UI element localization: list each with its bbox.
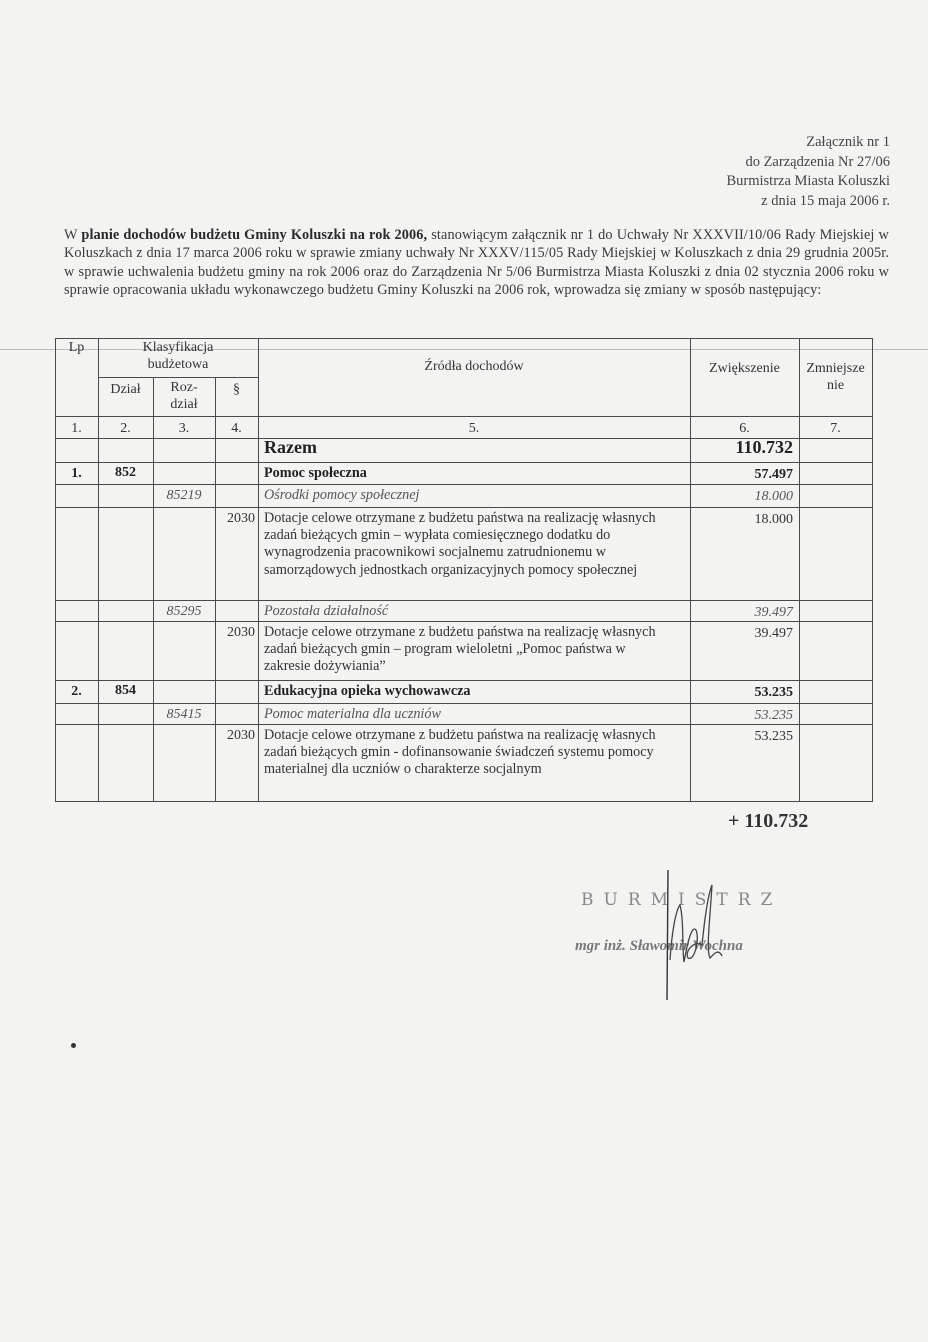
- grid-line: [55, 462, 873, 463]
- header-lp: Lp: [55, 339, 98, 356]
- intro-bold: planie dochodów budżetu Gminy Koluszki n…: [81, 227, 427, 243]
- attachment-header: Załącznik nr 1 do Zarządzenia Nr 27/06 B…: [726, 133, 890, 211]
- grid-line: [55, 600, 873, 601]
- column-number: 7.: [799, 420, 872, 437]
- grand-total: + 110.732: [728, 810, 808, 833]
- intro-paragraph: W planie dochodów budżetu Gminy Koluszki…: [64, 226, 889, 300]
- row-description: Edukacyjna opieka wychowawcza: [258, 683, 672, 700]
- row-description: Pomoc społeczna: [258, 465, 672, 482]
- row-increase: 53.235: [690, 707, 799, 724]
- column-number: 2.: [98, 420, 153, 437]
- row-increase: 57.497: [690, 466, 799, 483]
- header-dzial: Dział: [98, 381, 153, 398]
- grid-line: [98, 338, 99, 802]
- grid-line: [55, 338, 56, 802]
- row-increase: 53.235: [690, 728, 799, 745]
- row-description: Dotacje celowe otrzymane z budżetu państ…: [258, 624, 672, 676]
- header-zmniejszenie: Zmniejsze nie: [799, 360, 872, 394]
- header-klasyfikacja: Klasyfikacjabudżetowa: [98, 339, 258, 373]
- revenue-changes-table: LpKlasyfikacjabudżetowaDziałRoz- dział§Ź…: [55, 338, 872, 801]
- issuer: Burmistrza Miasta Koluszki: [726, 172, 890, 192]
- row-paragraf: 2030: [215, 510, 258, 527]
- row-description: Pomoc materialna dla uczniów: [258, 706, 672, 723]
- header-zrodla: Źródła dochodów: [258, 358, 690, 375]
- row-lp: 2.: [55, 683, 98, 700]
- row-increase: 39.497: [690, 604, 799, 621]
- grid-line: [799, 338, 800, 802]
- row-description: Dotacje celowe otrzymane z budżetu państ…: [258, 727, 672, 779]
- column-number: 5.: [258, 420, 690, 437]
- grid-line: [55, 621, 873, 622]
- header-zwiekszenie: Zwiększenie: [690, 360, 799, 377]
- row-rozdzial: 85415: [153, 706, 215, 723]
- ordinance-reference: do Zarządzenia Nr 27/06: [726, 153, 890, 173]
- grid-line: [55, 703, 873, 704]
- intro-lead: W: [64, 227, 77, 243]
- row-description: Ośrodki pomocy społecznej: [258, 487, 672, 504]
- row-description: Pozostała działalność: [258, 603, 672, 620]
- row-increase: 18.000: [690, 511, 799, 528]
- grid-line: [55, 507, 873, 508]
- grid-line: [98, 377, 259, 378]
- row-increase: 39.497: [690, 625, 799, 642]
- grid-line: [55, 801, 873, 802]
- issue-date: z dnia 15 maja 2006 r.: [726, 192, 890, 212]
- grid-line: [55, 680, 873, 681]
- column-number: 4.: [215, 420, 258, 437]
- total-label: Razem: [258, 439, 690, 456]
- column-number: 3.: [153, 420, 215, 437]
- row-increase: 53.235: [690, 684, 799, 701]
- header-paragraf: §: [215, 381, 258, 398]
- attachment-number: Załącznik nr 1: [726, 133, 890, 153]
- grid-line: [55, 416, 873, 417]
- row-rozdzial: 85295: [153, 603, 215, 620]
- row-dzial: 854: [98, 682, 153, 699]
- row-lp: 1.: [55, 465, 98, 482]
- row-paragraf: 2030: [215, 624, 258, 641]
- row-increase: 18.000: [690, 488, 799, 505]
- row-rozdzial: 85219: [153, 487, 215, 504]
- grid-line: [872, 338, 873, 802]
- row-paragraf: 2030: [215, 727, 258, 744]
- total-increase: 110.732: [690, 439, 799, 456]
- grid-line: [153, 377, 154, 802]
- column-number: 1.: [55, 420, 98, 437]
- row-description: Dotacje celowe otrzymane z budżetu państ…: [258, 510, 672, 579]
- grid-line: [55, 724, 873, 725]
- signature-icon: [640, 870, 760, 1000]
- row-dzial: 852: [98, 464, 153, 481]
- scan-speck: [71, 1043, 76, 1048]
- header-rozdzial: Roz- dział: [153, 379, 215, 413]
- column-number: 6.: [690, 420, 799, 437]
- grid-line: [55, 484, 873, 485]
